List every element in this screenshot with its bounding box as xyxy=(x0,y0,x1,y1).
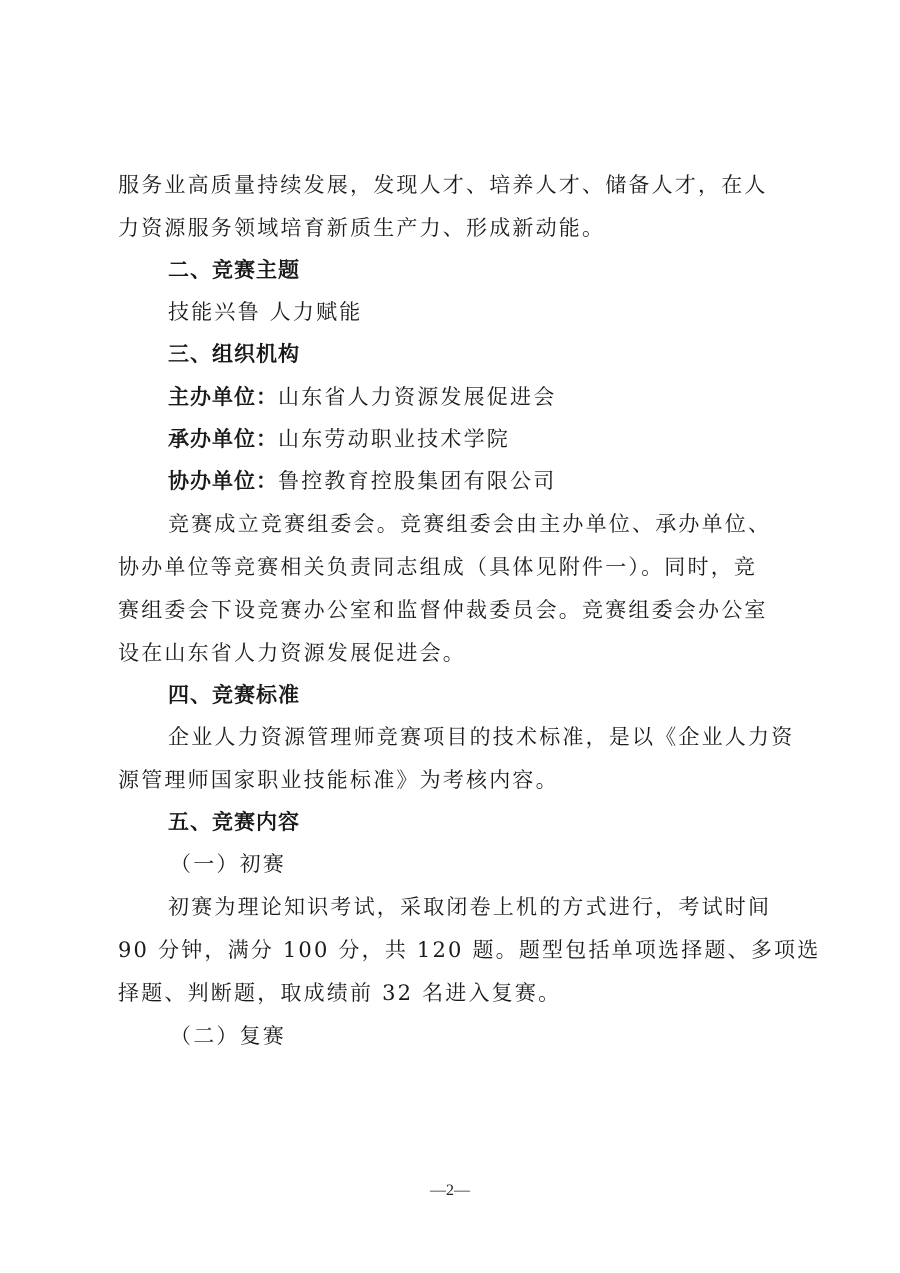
section-4-line-2: 源管理师国家职业技能标准》为考核内容。 xyxy=(118,766,559,794)
organizer-host-label: 主办单位： xyxy=(168,385,278,409)
organizer-co-organizer-value: 鲁控教育控股集团有限公司 xyxy=(278,469,556,493)
organizer-co-organizer: 协办单位：鲁控教育控股集团有限公司 xyxy=(168,467,556,495)
section-3-heading: 三、组织机构 xyxy=(168,340,300,368)
committee-line-3: 赛组委会下设竞赛办公室和监督仲裁委员会。竞赛组委会办公室 xyxy=(118,596,768,624)
preliminary-line-3: 择题、判断题，取成绩前 32 名进入复赛。 xyxy=(118,979,561,1007)
intro-line-1: 服务业高质量持续发展，发现人才、培养人才、储备人才，在人 xyxy=(118,171,768,199)
subsection-semifinal-heading: （二）复赛 xyxy=(170,1022,286,1050)
preliminary-line-2: 90 分钟，满分 100 分，共 120 题。题型包括单项选择题、多项选 xyxy=(118,936,820,964)
page-number: —2— xyxy=(0,1182,900,1200)
subsection-preliminary-heading: （一）初赛 xyxy=(170,850,286,878)
preliminary-line-1: 初赛为理论知识考试，采取闭卷上机的方式进行，考试时间 xyxy=(168,893,771,921)
committee-line-4: 设在山东省人力资源发展促进会。 xyxy=(118,639,466,667)
committee-line-2: 协办单位等竞赛相关负责同志组成（具体见附件一）。同时，竞 xyxy=(118,553,757,581)
committee-line-1: 竞赛成立竞赛组委会。竞赛组委会由主办单位、承办单位、 xyxy=(168,510,771,538)
organizer-undertaker-value: 山东劳动职业技术学院 xyxy=(278,427,510,451)
document-page: 服务业高质量持续发展，发现人才、培养人才、储备人才，在人 力资源服务领域培育新质… xyxy=(0,0,900,1273)
organizer-host-value: 山东省人力资源发展促进会 xyxy=(278,385,556,409)
section-4-heading: 四、竞赛标准 xyxy=(168,681,300,709)
intro-line-2: 力资源服务领域培育新质生产力、形成新动能。 xyxy=(118,214,605,242)
section-4-line-1: 企业人力资源管理师竞赛项目的技术标准，是以《企业人力资 xyxy=(168,723,794,751)
organizer-host: 主办单位：山东省人力资源发展促进会 xyxy=(168,383,556,411)
section-2-body: 技能兴鲁 人力赋能 xyxy=(168,298,362,326)
section-5-heading: 五、竞赛内容 xyxy=(168,808,300,836)
organizer-undertaker: 承办单位：山东劳动职业技术学院 xyxy=(168,425,510,453)
organizer-undertaker-label: 承办单位： xyxy=(168,427,278,451)
organizer-co-organizer-label: 协办单位： xyxy=(168,469,278,493)
section-2-heading: 二、竞赛主题 xyxy=(168,256,300,284)
